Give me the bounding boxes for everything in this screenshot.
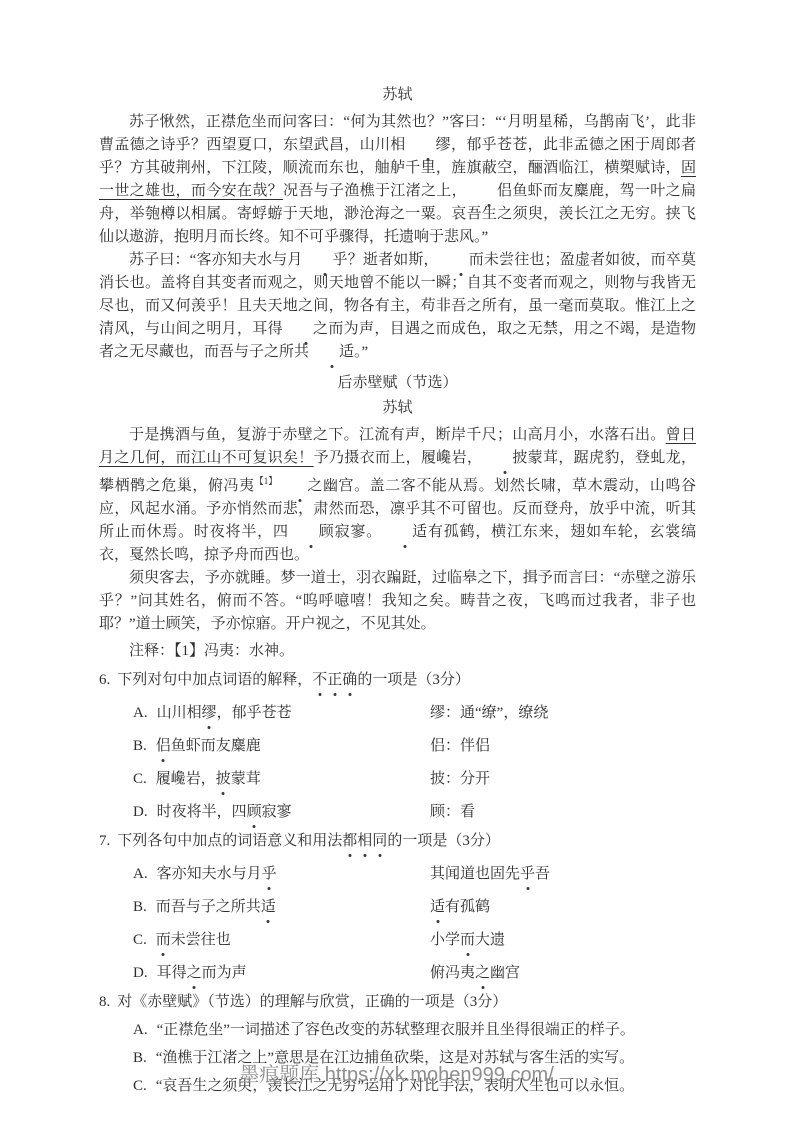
question-6-option-a: A.山川相缪，郁乎苍苍 缪：通“缭”，缭绕 xyxy=(133,702,696,725)
question-7-stem-text: 下列各句中加点的词语意义和用法都相同的一项是（3分） xyxy=(117,833,500,849)
option-label: B. xyxy=(133,738,147,754)
question-6-option-b: B.侣鱼虾而友麋鹿 侣：伴侣 xyxy=(133,735,696,758)
footnote-line: 注释：【1】冯夷：水神。 xyxy=(99,640,696,663)
option-label: D. xyxy=(133,804,148,820)
passage1-paragraph-2: 苏子曰：“客亦知夫水与月乎？逝者如斯，而未尝往也；盈虚者如彼，而卒莫消长也。盖将… xyxy=(99,249,696,364)
question-7: 7.下列各句中加点的词语意义和用法都相同的一项是（3分） A.客亦知夫水与月乎 … xyxy=(99,830,696,985)
option-gloss: 缪：通“缭”，缭绕 xyxy=(430,702,696,725)
question-8-stem-text: 对《赤壁赋》（节选）的理解与欣赏，正确的一项是（3分） xyxy=(117,994,507,1010)
question-8-option-a: A.“正襟危坐”一词描述了容色改变的苏轼整理衣服并且坐得很端正的样子。 xyxy=(133,1019,696,1042)
question-6-stem-text: 下列对句中加点词语的解释，不正确的一项是（3分） xyxy=(117,672,470,688)
question-7-option-b: B.而吾与子之所共适 适有孤鹤 xyxy=(133,896,696,919)
option-pair: 小学而大遗 xyxy=(430,929,696,952)
question-6-number: 6. xyxy=(99,672,110,688)
option-label: C. xyxy=(133,771,147,787)
option-gloss: 顾：看 xyxy=(430,801,696,824)
passage1-paragraph-1: 苏子愀然，正襟危坐而问客曰：“何为其然也？”客曰：“‘月明星稀，乌鹊南飞’，此非… xyxy=(99,111,696,249)
question-6-option-d: D.时夜将半，四顾寂寥 顾：看 xyxy=(133,801,696,824)
option-pair: 其闻道也固先乎吾 xyxy=(430,863,696,886)
passage1-author-heading: 苏轼 xyxy=(99,84,696,107)
question-6-stem: 6.下列对句中加点词语的解释，不正确的一项是（3分） xyxy=(99,669,696,692)
question-7-number: 7. xyxy=(99,833,110,849)
passage2-paragraph-1: 于是携酒与鱼，复游于赤壁之下。江流有声，断岸千尺；山高月小，水落石出。曾日月之几… xyxy=(99,424,696,567)
option-label: C. xyxy=(133,932,147,948)
option-label: A. xyxy=(133,1022,148,1038)
option-text: 山川相缪，郁乎苍苍 xyxy=(157,705,292,721)
option-text: 客亦知夫水与月乎 xyxy=(157,866,277,882)
option-pair: 俯冯夷之幽宫 xyxy=(430,962,696,985)
document-page: 苏轼 苏子愀然，正襟危坐而问客曰：“何为其然也？”客曰：“‘月明星稀，乌鹊南飞’… xyxy=(0,0,793,1098)
option-text: “正襟危坐”一词描述了容色改变的苏轼整理衣服并且坐得很端正的样子。 xyxy=(157,1022,635,1038)
question-7-stem: 7.下列各句中加点的词语意义和用法都相同的一项是（3分） xyxy=(99,830,696,853)
option-text: 耳得之而为声 xyxy=(157,965,247,981)
option-label: D. xyxy=(133,965,148,981)
question-7-option-a: A.客亦知夫水与月乎 其闻道也固先乎吾 xyxy=(133,863,696,886)
question-8-stem: 8.对《赤壁赋》（节选）的理解与欣赏，正确的一项是（3分） xyxy=(99,991,696,1014)
option-text: 履巉岩，披蒙茸 xyxy=(156,771,261,787)
option-gloss: 披：分开 xyxy=(430,768,696,791)
question-7-option-d: D.耳得之而为声 俯冯夷之幽宫 xyxy=(133,962,696,985)
passage2-paragraph-2: 须臾客去，予亦就睡。梦一道士，羽衣蹁跹，过临皋之下，揖予而言曰：“赤壁之游乐乎？… xyxy=(99,567,696,636)
passage2-author-heading: 苏轼 xyxy=(99,397,696,420)
question-6: 6.下列对句中加点词语的解释，不正确的一项是（3分） A.山川相缪，郁乎苍苍 缪… xyxy=(99,669,696,824)
footer-credit: 墨痕题库 https://xk.mohen999.com/ xyxy=(0,1062,793,1088)
option-text: 而未尝往也 xyxy=(156,932,231,948)
option-label: A. xyxy=(133,866,148,882)
option-label: B. xyxy=(133,899,147,915)
option-text: 而吾与子之所共适 xyxy=(156,899,276,915)
option-text: 时夜将半，四顾寂寥 xyxy=(157,804,292,820)
passage2-title: 后赤壁赋（节选） xyxy=(99,372,696,395)
question-7-option-c: C.而未尝往也 小学而大遗 xyxy=(133,929,696,952)
option-label: A. xyxy=(133,705,148,721)
option-text: 侣鱼虾而友麋鹿 xyxy=(156,738,261,754)
question-8-number: 8. xyxy=(99,994,110,1010)
option-pair: 适有孤鹤 xyxy=(430,896,696,919)
option-gloss: 侣：伴侣 xyxy=(430,735,696,758)
question-6-option-c: C.履巉岩，披蒙茸 披：分开 xyxy=(133,768,696,791)
